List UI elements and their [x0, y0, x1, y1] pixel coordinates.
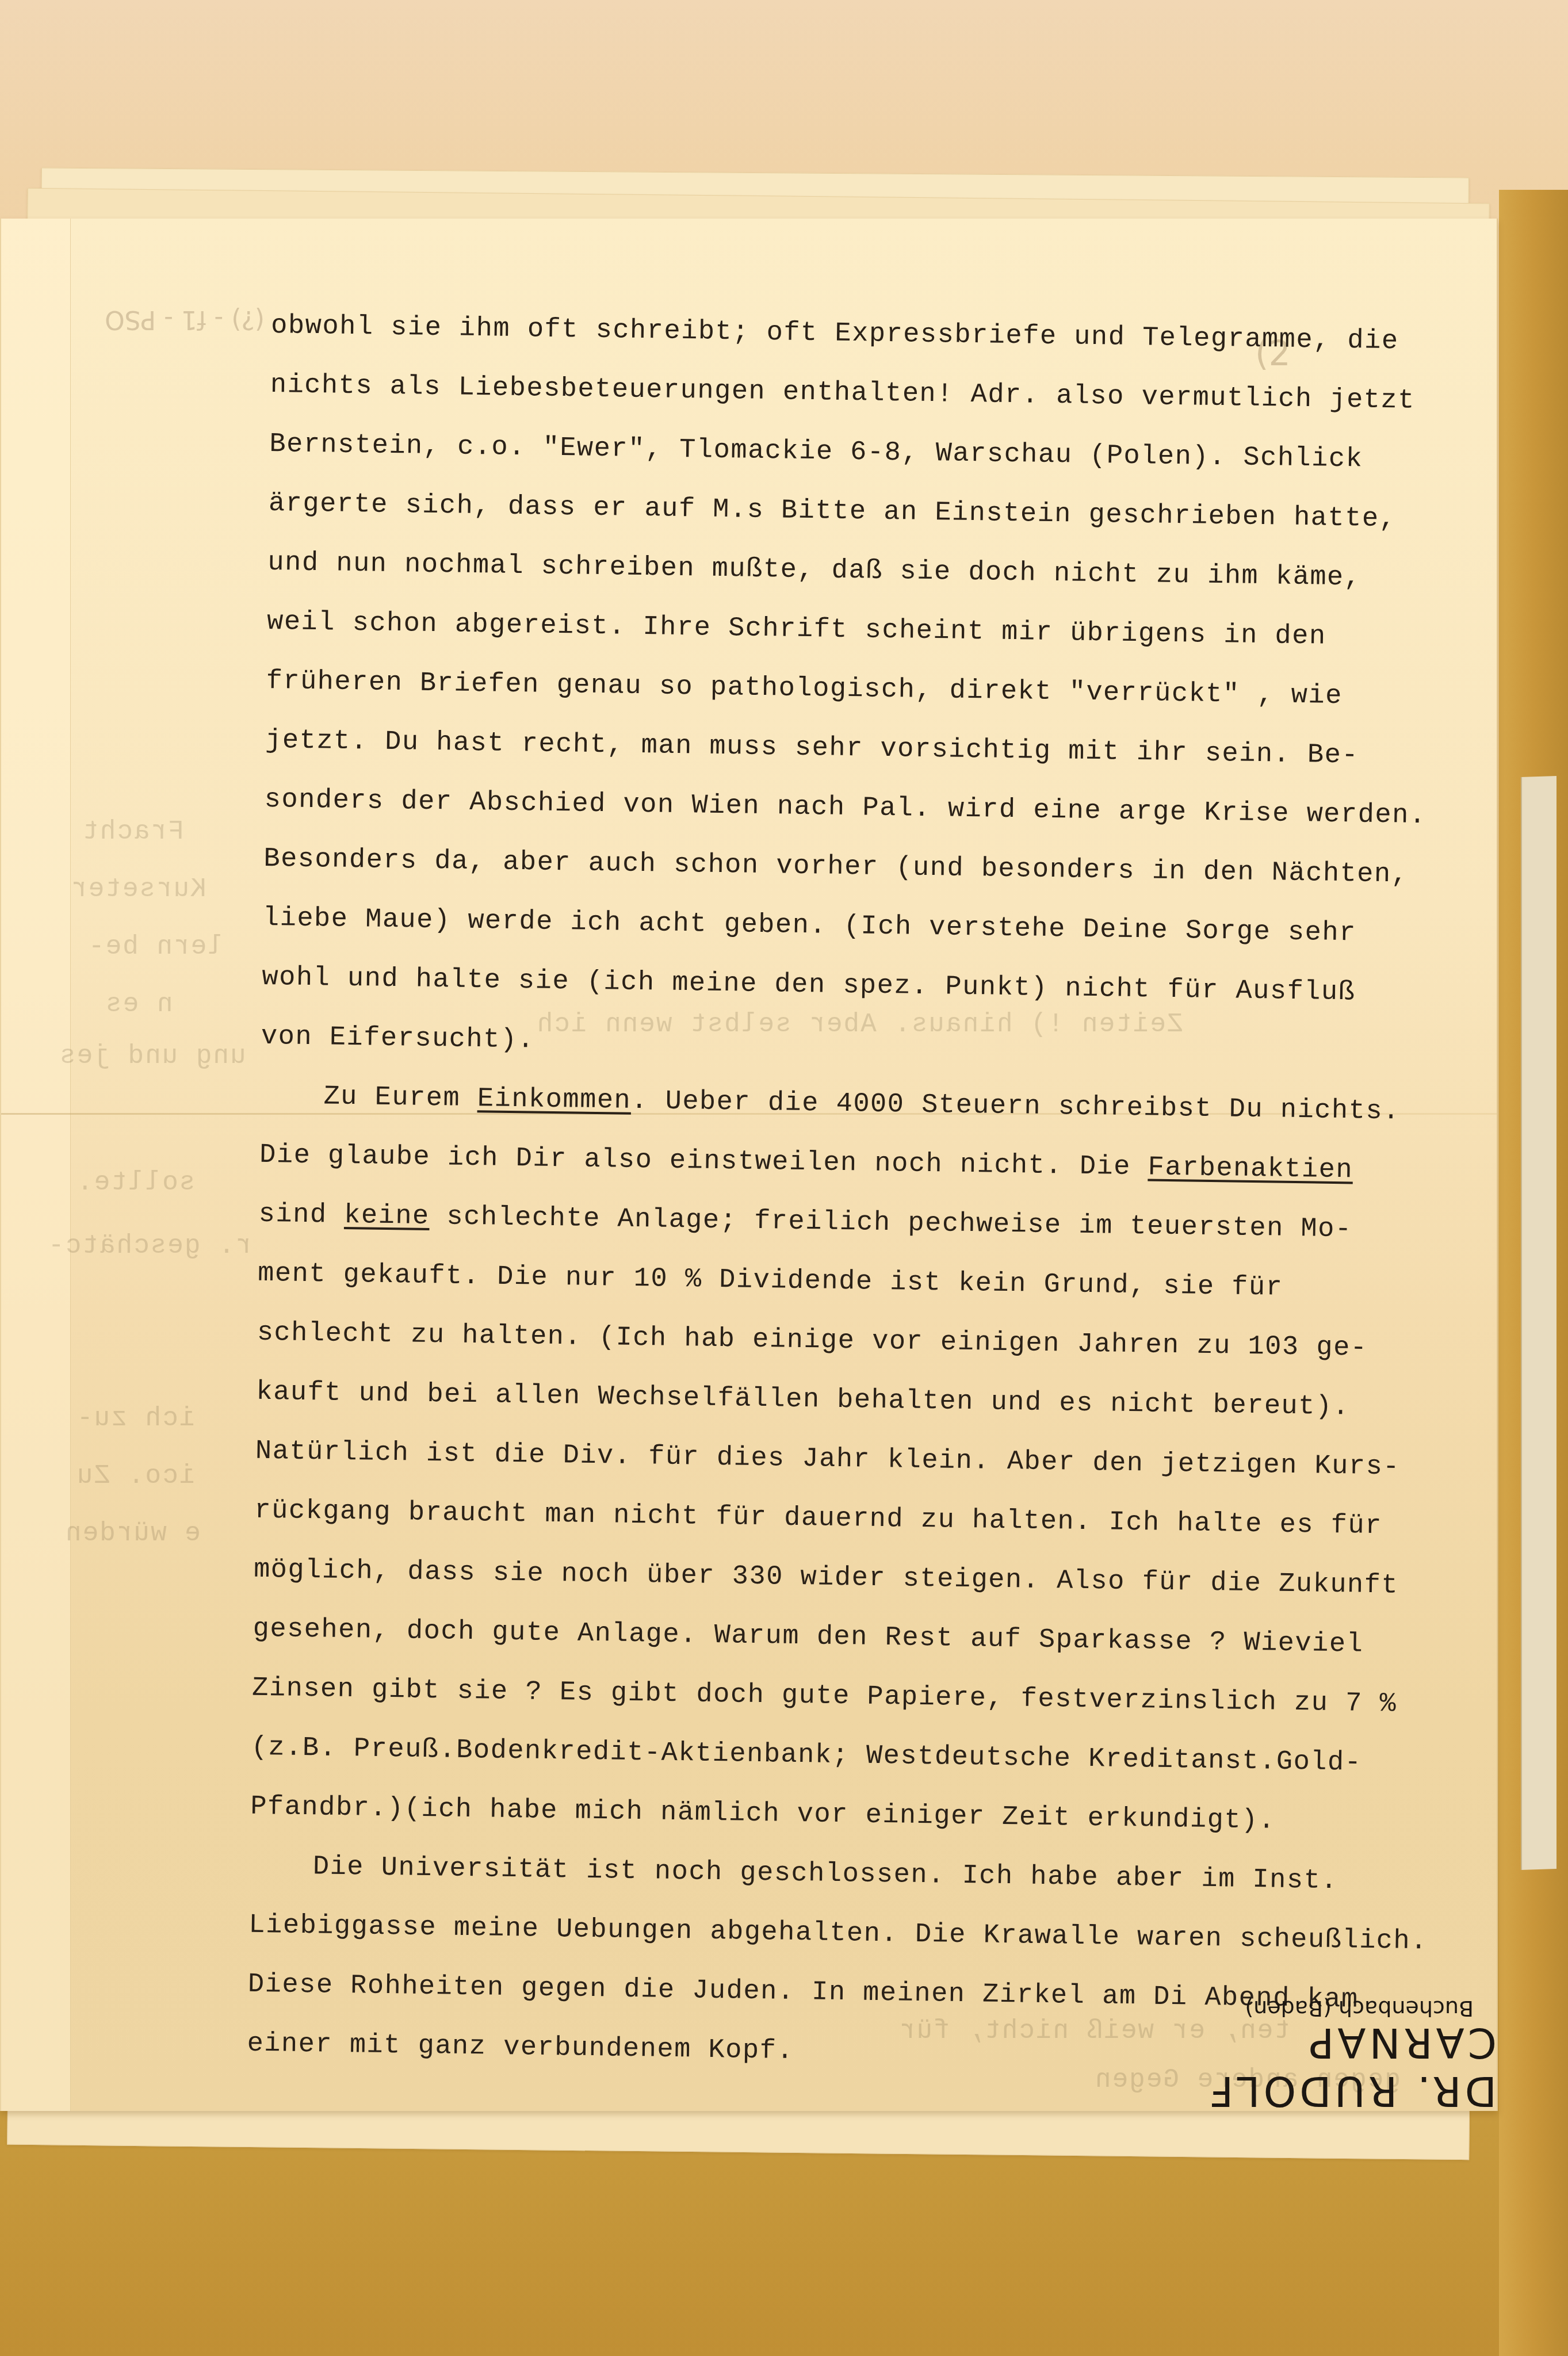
bleed-through-text: lern be- — [87, 932, 224, 962]
bleed-through-text: ung und jes — [59, 1041, 246, 1071]
text-span: sind — [258, 1199, 344, 1231]
underlined-word-einkommen: Einkommen — [477, 1084, 632, 1116]
bleed-through-text: n es — [105, 989, 173, 1019]
text-span: schlechte Anlage; freilich pechweise im … — [429, 1202, 1352, 1245]
pencil-archive-notation: (?) - f1 - PSO — [105, 305, 265, 334]
bleed-through-text: ich zu- — [76, 1403, 195, 1433]
underlined-word-keine: keine — [344, 1200, 430, 1232]
folder-inner-sheet — [1521, 776, 1556, 1870]
bleed-through-text: Kurseter — [70, 874, 206, 904]
letter-page: (?) - f1 - PSO (2 Fracht Kurseter lern b… — [0, 219, 1498, 2111]
bleed-through-text: ico. Zu — [76, 1461, 195, 1491]
page-edge-strip — [1, 219, 71, 2111]
stamp-name: DR. RUDOLF CARNAP — [1037, 2019, 1497, 2116]
text-span: . Ueber die 4000 Steuern schreibst Du ni… — [631, 1086, 1400, 1127]
underlined-word-farbenaktien: Farbenaktien — [1148, 1152, 1353, 1185]
bleed-through-text: e würden — [64, 1519, 201, 1548]
text-span: Zu Eurem — [323, 1081, 477, 1114]
text-span: Die glaube ich Dir also einstweilen noch… — [259, 1140, 1148, 1183]
bleed-through-text: Fracht — [82, 817, 184, 847]
bleed-through-text: sollte. — [76, 1168, 195, 1198]
letter-body: obwohl sie ihm oft schreibt; oft Express… — [247, 296, 1445, 2090]
stamp-place: Buchenbach (Baden) — [1037, 1996, 1474, 2021]
bleed-through-text: r. geschätc- — [47, 1231, 251, 1261]
carnap-address-stamp: DR. RUDOLF CARNAP Buchenbach (Baden) — [1037, 1996, 1497, 2116]
